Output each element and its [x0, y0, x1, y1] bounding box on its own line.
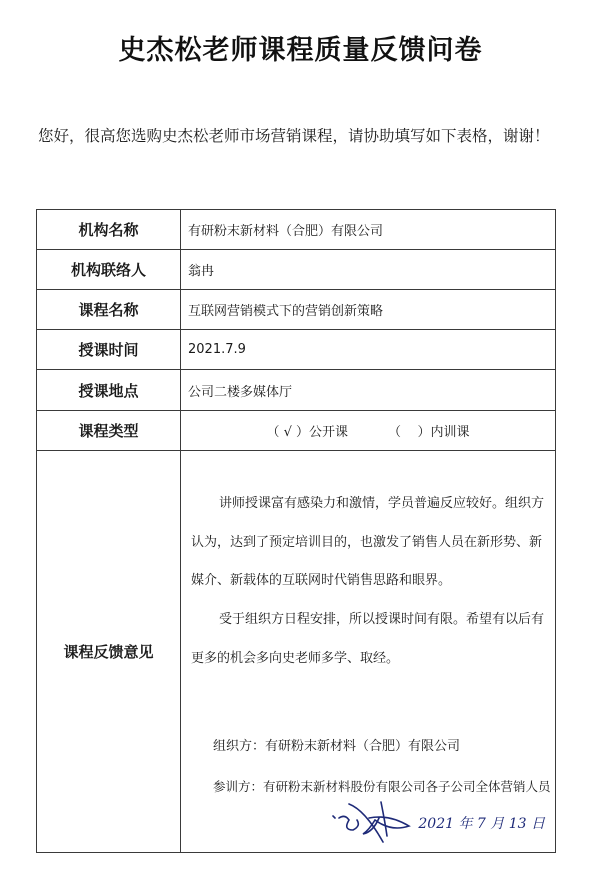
- course-date-value: 2021.7.9: [181, 330, 555, 369]
- row-course-name: 课程名称 互联网营销模式下的营销创新策略: [37, 290, 555, 330]
- row-label: 授课地点: [37, 370, 181, 410]
- row-contact: 机构联络人 翁冉: [37, 250, 555, 290]
- organizer-text: 组织方：有研粉末新材料（合肥）有限公司: [213, 735, 460, 754]
- course-location-value: 公司二楼多媒体厅: [181, 370, 555, 410]
- row-feedback: 课程反馈意见 讲师授课富有感染力和激情，学员普遍反应较好。组织方认为，达到了预定…: [37, 451, 555, 852]
- handwritten-date: 2021 年 7 月 13 日: [418, 813, 545, 833]
- row-course-location: 授课地点 公司二楼多媒体厅: [37, 370, 555, 411]
- page-title: 史杰松老师课程质量反馈问卷: [0, 28, 601, 67]
- row-course-date: 授课时间 2021.7.9: [37, 330, 555, 370]
- course-name-value: 互联网营销模式下的营销创新策略: [181, 290, 555, 329]
- row-course-type: 课程类型 （ √ ） 公开课 （ ） 内训课: [37, 411, 555, 451]
- row-label: 课程类型: [37, 411, 181, 450]
- row-label: 课程反馈意见: [37, 641, 180, 662]
- option-public-label: 公开课: [309, 421, 348, 440]
- contact-value: 翁冉: [181, 250, 555, 289]
- course-type-options: （ √ ） 公开课 （ ） 内训课: [181, 411, 555, 450]
- org-name-value: 有研粉末新材料（合肥）有限公司: [181, 210, 555, 249]
- option-internal-mark[interactable]: （ ）: [388, 421, 431, 440]
- row-org-name: 机构名称 有研粉末新材料（合肥）有限公司: [37, 210, 555, 250]
- feedback-label-cell: 课程反馈意见: [37, 451, 181, 852]
- trainees-text: 参训方：有研粉末新材料股份有限公司各子公司全体营销人员: [213, 777, 551, 795]
- feedback-paragraph: 受于组织方日程安排，所以授课时间有限。希望有以后有更多的机会多向史老师多学、取经…: [191, 601, 547, 678]
- feedback-paragraph: 讲师授课富有感染力和激情，学员普遍反应较好。组织方认为，达到了预定培训目的，也激…: [191, 485, 547, 601]
- feedback-form-table: 机构名称 有研粉末新材料（合肥）有限公司 机构联络人 翁冉 课程名称 互联网营销…: [36, 209, 556, 853]
- option-internal-label: 内训课: [431, 421, 470, 440]
- feedback-body: 讲师授课富有感染力和激情，学员普遍反应较好。组织方认为，达到了预定培训目的，也激…: [181, 451, 555, 852]
- row-label: 机构名称: [37, 210, 181, 249]
- row-label: 课程名称: [37, 290, 181, 329]
- signature-icon: [329, 794, 419, 854]
- row-label: 授课时间: [37, 330, 181, 369]
- row-label: 机构联络人: [37, 250, 181, 289]
- option-public-mark[interactable]: （ √ ）: [266, 421, 309, 440]
- greeting-text: 您好，很高您选购史杰松老师市场营销课程，请协助填写如下表格，谢谢！: [38, 118, 558, 154]
